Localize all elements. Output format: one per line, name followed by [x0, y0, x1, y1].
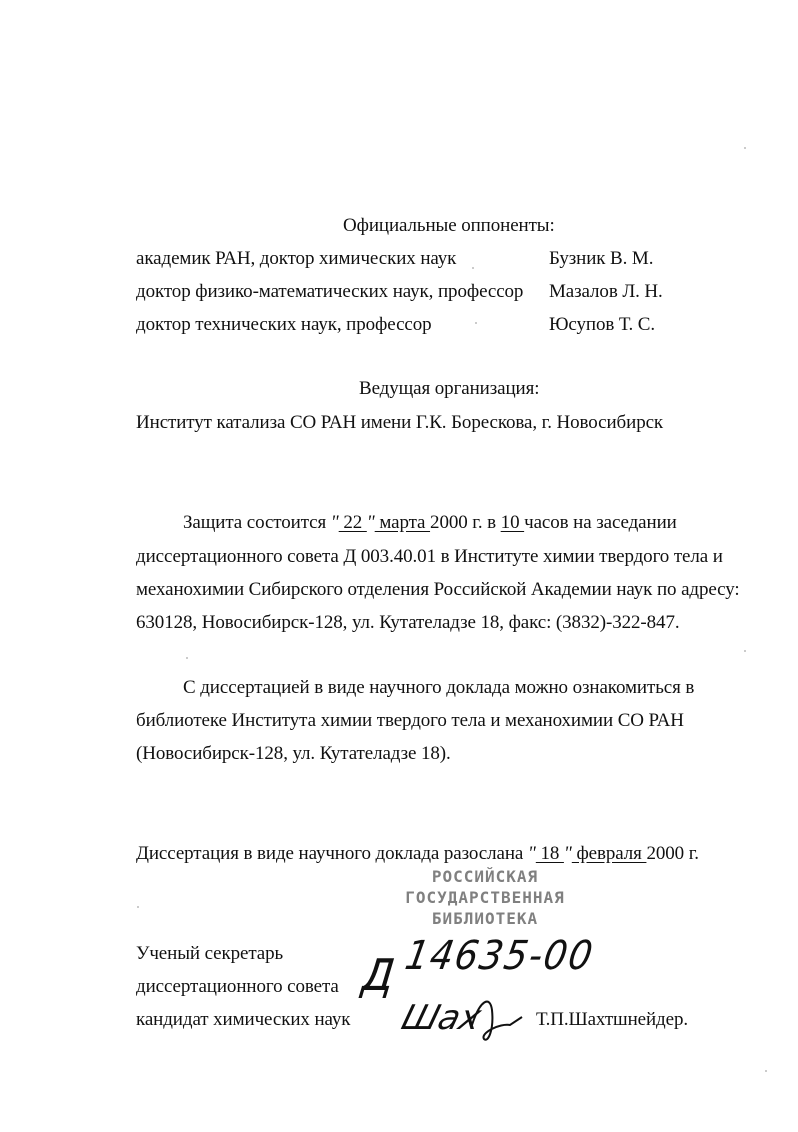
scan-speck	[744, 650, 746, 652]
library-line-3: (Новосибирск-128, ул. Кутателадзе 18).	[136, 743, 451, 765]
handwritten-number: 14635-00	[402, 932, 598, 980]
scan-speck	[765, 1070, 767, 1072]
defense-prefix: Защита состоится	[183, 512, 331, 533]
signature-flourish-icon	[470, 995, 530, 1045]
opponent-title: доктор технических наук, профессор	[136, 314, 432, 336]
library-line-1: С диссертацией в виде научного доклада м…	[183, 677, 694, 699]
scan-speck	[186, 657, 188, 659]
opponent-name: Мазалов Л. Н.	[549, 281, 663, 303]
mailed-prefix: Диссертация в виде научного доклада разо…	[136, 843, 528, 864]
opponent-name: Бузник В. М.	[549, 248, 653, 270]
defense-line-3: механохимии Сибирского отделения Российс…	[136, 579, 740, 601]
mailed-month: февраля	[572, 843, 647, 864]
mailed-line: Диссертация в виде научного доклада разо…	[136, 843, 699, 865]
defense-month: марта	[375, 512, 430, 533]
secretary-line-2: диссертационного совета	[136, 976, 339, 998]
handwritten-prefix: д	[358, 935, 400, 1005]
scan-speck	[744, 147, 746, 149]
defense-suffix: часов на заседании	[524, 512, 677, 533]
document-page: Официальные оппоненты: академик РАН, док…	[0, 0, 798, 1132]
mailed-year: 2000 г.	[646, 843, 698, 864]
scan-speck	[475, 322, 477, 324]
opponent-title: академик РАН, доктор химических наук	[136, 248, 456, 270]
quote-mark: "	[564, 843, 572, 864]
library-stamp: РОССИЙСКАЯ ГОСУДАРСТВЕННАЯ БИБЛИОТЕКА	[380, 866, 590, 929]
leading-org-text: Институт катализа СО РАН имени Г.К. Боре…	[136, 412, 663, 434]
secretary-line-3: кандидат химических наук	[136, 1009, 350, 1031]
secretary-name: Т.П.Шахтшнейдер.	[536, 1009, 688, 1031]
defense-line-1: Защита состоится " 22 " марта 2000 г. в …	[183, 512, 677, 534]
quote-mark: "	[367, 512, 375, 533]
scan-speck	[137, 906, 139, 908]
opponents-heading: Официальные оппоненты:	[343, 215, 555, 237]
defense-hour: 10	[501, 512, 524, 533]
quote-mark: "	[331, 512, 339, 533]
opponent-title: доктор физико-математических наук, профе…	[136, 281, 523, 303]
library-line-2: библиотеке Института химии твердого тела…	[136, 710, 684, 732]
secretary-line-1: Ученый секретарь	[136, 943, 283, 965]
defense-line-4: 630128, Новосибирск-128, ул. Кутателадзе…	[136, 612, 680, 634]
defense-day: 22	[339, 512, 367, 533]
quote-mark: "	[528, 843, 536, 864]
defense-line-2: диссертационного совета Д 003.40.01 в Ин…	[136, 546, 723, 568]
defense-year: 2000 г. в	[430, 512, 501, 533]
stamp-line: РОССИЙСКАЯ	[380, 866, 590, 887]
leading-org-heading: Ведущая организация:	[359, 378, 539, 400]
scan-speck	[472, 267, 474, 269]
stamp-line: ГОСУДАРСТВЕННАЯ	[380, 887, 590, 908]
mailed-day: 18	[536, 843, 564, 864]
opponent-name: Юсупов Т. С.	[549, 314, 655, 336]
stamp-line: БИБЛИОТЕКА	[380, 908, 590, 929]
